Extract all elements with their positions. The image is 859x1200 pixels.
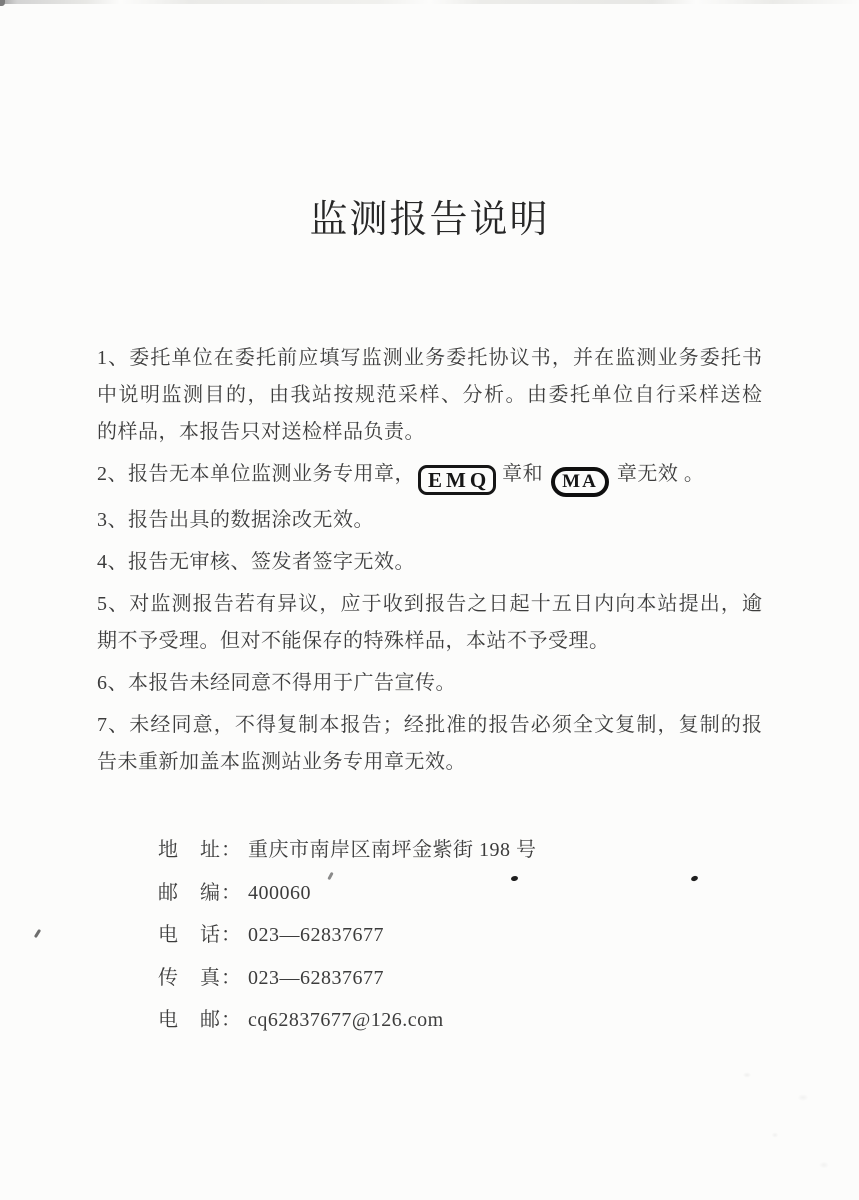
contact-address-value: 重庆市南岸区南坪金紫街 198 号 (248, 833, 537, 862)
text-line: 2、报告无本单位监测业务专用章，EMQ章和MA章无效 。 (97, 456, 762, 497)
text-line: 3、报告出具的数据涂改无效。 (97, 502, 762, 539)
contact-label: 电邮 (158, 1003, 220, 1032)
text-line: 1、委托单位在委托前应填写监测业务委托协议书，并在监测业务委托书 (97, 340, 762, 377)
contact-label: 邮编 (158, 876, 220, 905)
ink-speck (34, 929, 41, 938)
contact-separator: ： (221, 1003, 241, 1032)
ink-speck (690, 875, 698, 882)
contact-row-address: 地址 ： 重庆市南岸区南坪金紫街 198 号 (158, 833, 537, 855)
contact-row-phone: 电话 ： 023—62837677 (158, 918, 537, 940)
contact-row-fax: 传真 ： 023—62837677 (158, 961, 537, 983)
scan-edge-artifact (0, 0, 859, 4)
item-2-middle: 章和 (502, 463, 543, 485)
contact-row-email: 电邮 ： cq62837677@126.com (158, 1003, 537, 1025)
text-line: 告未重新加盖本监测站业务专用章无效。 (97, 744, 762, 781)
item-2-prefix: 2、报告无本单位监测业务专用章， (97, 463, 415, 485)
notice-body: 1、委托单位在委托前应填写监测业务委托协议书，并在监测业务委托书 中说明监测目的… (97, 340, 762, 781)
text-line: 的样品，本报告只对送检样品负责。 (97, 414, 762, 451)
contact-label: 地址 (158, 833, 220, 862)
notice-item-3: 3、报告出具的数据涂改无效。 (97, 502, 762, 539)
text-line: 中说明监测目的，由我站按规范采样、分析。由委托单位自行采样送检 (97, 377, 762, 414)
scanned-document-page: 监测报告说明 1、委托单位在委托前应填写监测业务委托协议书，并在监测业务委托书 … (0, 0, 859, 1200)
text-line: 7、未经同意，不得复制本报告；经批准的报告必须全文复制，复制的报 (97, 707, 762, 744)
text-line: 4、报告无审核、签发者签字无效。 (97, 544, 762, 581)
contact-phone-value: 023—62837677 (248, 924, 384, 947)
notice-item-1: 1、委托单位在委托前应填写监测业务委托协议书，并在监测业务委托书 中说明监测目的… (97, 340, 762, 451)
text-line: 期不予受理。但对不能保存的特殊样品，本站不予受理。 (97, 623, 762, 660)
contact-separator: ： (221, 833, 241, 862)
cma-stamp-icon: MA (551, 467, 609, 497)
contact-separator: ： (221, 961, 241, 990)
notice-item-7: 7、未经同意，不得复制本报告；经批准的报告必须全文复制，复制的报 告未重新加盖本… (97, 707, 762, 781)
scan-corner-artifact (0, 0, 5, 6)
contact-fax-value: 023—62837677 (248, 967, 384, 990)
page-title: 监测报告说明 (0, 188, 859, 243)
contact-separator: ： (221, 876, 241, 905)
contact-postcode-value: 400060 (248, 882, 311, 905)
notice-item-2: 2、报告无本单位监测业务专用章，EMQ章和MA章无效 。 (97, 456, 762, 497)
emq-stamp-icon: EMQ (418, 465, 496, 495)
contact-separator: ： (221, 918, 241, 947)
contact-block: 地址 ： 重庆市南岸区南坪金紫街 198 号 邮编 ： 400060 电话 ： … (158, 833, 537, 1046)
notice-item-5: 5、对监测报告若有异议，应于收到报告之日起十五日内向本站提出，逾 期不予受理。但… (97, 586, 762, 660)
text-line: 6、本报告未经同意不得用于广告宣传。 (97, 665, 762, 702)
contact-label: 传真 (158, 961, 220, 990)
item-2-suffix: 章无效 。 (617, 463, 705, 485)
contact-label: 电话 (158, 918, 220, 947)
notice-item-6: 6、本报告未经同意不得用于广告宣传。 (97, 665, 762, 702)
scan-noise-artifact (719, 1045, 859, 1195)
notice-item-4: 4、报告无审核、签发者签字无效。 (97, 544, 762, 581)
contact-row-postcode: 邮编 ： 400060 (158, 876, 537, 898)
contact-email-value: cq62837677@126.com (248, 1009, 444, 1032)
text-line: 5、对监测报告若有异议，应于收到报告之日起十五日内向本站提出，逾 (97, 586, 762, 623)
